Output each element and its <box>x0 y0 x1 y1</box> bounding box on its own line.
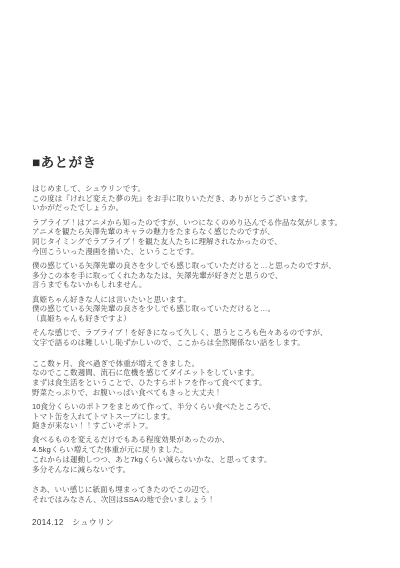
date-signature: 2014.12 シュウリン <box>32 517 374 528</box>
paragraph-lovelive-motivation: ラブライブ！はアニメから知ったのですが、いつになくのめり込んでる作品な気がします… <box>32 218 374 257</box>
afterword-page: ■あとがき はじめまして、シュウリンです。 この度は『けれど変えた夢の先』をお手… <box>0 0 400 568</box>
paragraph-greeting: はじめまして、シュウリンです。 この度は『けれど変えた夢の先』をお手に取りいただ… <box>32 184 374 213</box>
paragraph-diet-result: 食べるものを変えるだけでもある程度効果があったのか、 4.5kgくらい増えてた体… <box>32 435 374 474</box>
section-heading: ■あとがき <box>32 151 374 171</box>
paragraph-nico-appeal: 僕の感じている矢澤先輩の良さを少しでも感じ取っていただけると…と思ったのですが、… <box>32 261 374 290</box>
paragraph-potofu: 10食分くらいのポトフをまとめて作って、半分くらい食べたところで、 トマト缶を入… <box>32 402 374 431</box>
paragraph-closing: さあ、いい感じに紙面も埋まってきたのでこの辺で。 それではみなさん、次回はSSA… <box>32 485 374 504</box>
paragraph-diet-start: ここ数ヶ月、食べ過ぎで体重が増えてきました。 なのでここ数週間、流石に危機を感じ… <box>32 359 374 398</box>
paragraph-topic-change: そんな感じで、ラブライブ！を好きになって久しく、思うところも色々あるのですが、 … <box>32 328 374 347</box>
paragraph-maki-fans: 真姫ちゃん好きな人には言いたいと思います。 僕の感じている矢澤先輩の良さを少しで… <box>32 295 374 324</box>
afterword-content: ■あとがき はじめまして、シュウリンです。 この度は『けれど変えた夢の先』をお手… <box>32 151 374 528</box>
